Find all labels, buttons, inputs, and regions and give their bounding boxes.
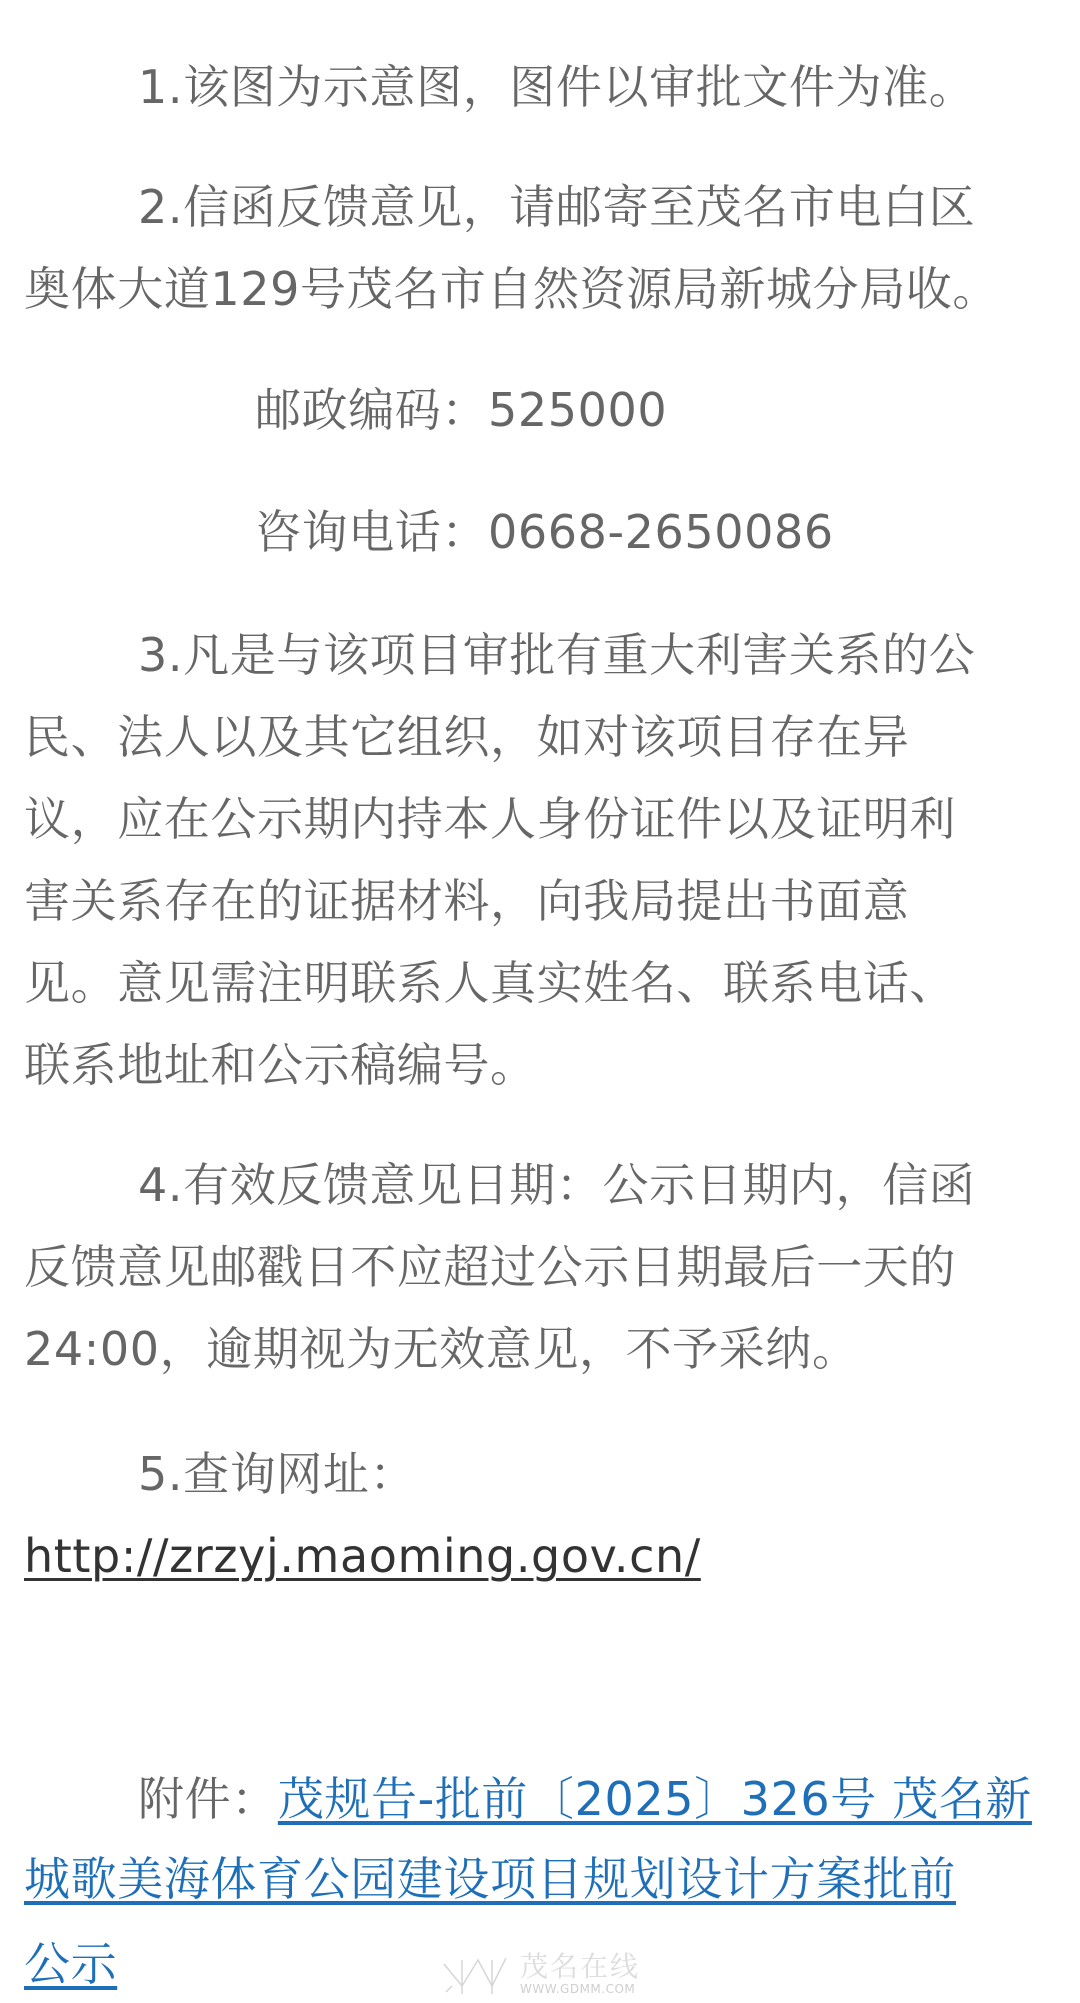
notice-item-3-text: 民、法人以及其它组织，如对该项目存在异 (24, 710, 909, 764)
notice-item-1: 1.该图为示意图，图件以审批文件为准。 (138, 46, 975, 128)
notice-item-4-text: 24:00，逾期视为无效意见，不予采纳。 (24, 1322, 859, 1376)
notice-item-4-line-1: 4.有效反馈意见日期：公示日期内，信函 (138, 1144, 975, 1226)
attachment-link[interactable]: 公示 (24, 1937, 117, 1991)
attachment-label: 附件： (138, 1772, 278, 1826)
notice-item-3-text: 联系地址和公示稿编号。 (24, 1038, 537, 1092)
query-url-label: 5.查询网址： (138, 1447, 416, 1501)
notice-item-2-line-1: 2.信函反馈意见，请邮寄至茂名市电白区 (138, 166, 975, 248)
notice-item-2-line-2: 奥体大道129号茂名市自然资源局新城分局收。 (24, 248, 999, 330)
notice-item-1-line-1: 1.该图为示意图，图件以审批文件为准。 (138, 60, 975, 114)
notice-item-3-text: 见。意见需注明联系人真实姓名、联系电话、 (24, 956, 956, 1010)
notice-item-3-text: 3.凡是与该项目审批有重大利害关系的公 (138, 628, 975, 682)
postal-code-label: 邮政编码： (255, 383, 488, 437)
postal-code-row: 邮政编码：525000 (255, 369, 667, 451)
notice-item-4-line-3: 24:00，逾期视为无效意见，不予采纳。 (24, 1308, 859, 1390)
attachment-link[interactable]: 城歌美海体育公园建设项目规划设计方案批前 (24, 1852, 956, 1906)
notice-item-4-line-2: 反馈意见邮戳日不应超过公示日期最后一天的 (24, 1226, 956, 1308)
watermark-url: WWW.GDMM.COM (520, 1982, 635, 1996)
phone-label: 咨询电话： (255, 505, 488, 559)
notice-item-4-text: 反馈意见邮戳日不应超过公示日期最后一天的 (24, 1240, 956, 1294)
query-url-link[interactable]: http://zrzyj.maoming.gov.cn/ (24, 1529, 701, 1583)
notice-item-3-line-1: 3.凡是与该项目审批有重大利害关系的公 (138, 614, 975, 696)
attachment-row-3: 公示 (24, 1923, 117, 2003)
phone-value[interactable]: 0668-2650086 (488, 505, 834, 559)
postal-code-value: 525000 (488, 383, 667, 437)
watermark: 茂名在线 WWW.GDMM.COM (440, 1952, 640, 1998)
notice-item-2-text: 2.信函反馈意见，请邮寄至茂名市电白区 (138, 180, 975, 234)
attachment-row-2: 城歌美海体育公园建设项目规划设计方案批前 (24, 1838, 956, 1920)
watermark-name: 茂名在线 (520, 1952, 640, 1982)
notice-item-5-url-row: http://zrzyj.maoming.gov.cn/ (24, 1515, 701, 1597)
notice-item-5-label-row: 5.查询网址： (138, 1433, 416, 1515)
notice-item-4-text: 4.有效反馈意见日期：公示日期内，信函 (138, 1158, 975, 1212)
notice-item-3-line-3: 议，应在公示期内持本人身份证件以及证明利 (24, 778, 956, 860)
notice-item-3-line-6: 联系地址和公示稿编号。 (24, 1024, 537, 1106)
attachment-row-1: 附件：茂规告-批前〔2025〕326号 茂名新 (138, 1758, 1032, 1840)
attachment-link[interactable]: 茂规告-批前〔2025〕326号 茂名新 (278, 1772, 1032, 1826)
phone-row: 咨询电话：0668-2650086 (255, 491, 834, 573)
notice-item-3-line-4: 害关系存在的证据材料，向我局提出书面意 (24, 860, 909, 942)
notice-item-2-text: 奥体大道129号茂名市自然资源局新城分局收。 (24, 262, 999, 316)
watermark-logo-icon (440, 1952, 510, 1998)
notice-item-3-line-2: 民、法人以及其它组织，如对该项目存在异 (24, 696, 909, 778)
notice-item-3-text: 议，应在公示期内持本人身份证件以及证明利 (24, 792, 956, 846)
notice-item-3-line-5: 见。意见需注明联系人真实姓名、联系电话、 (24, 942, 956, 1024)
notice-item-3-text: 害关系存在的证据材料，向我局提出书面意 (24, 874, 909, 928)
